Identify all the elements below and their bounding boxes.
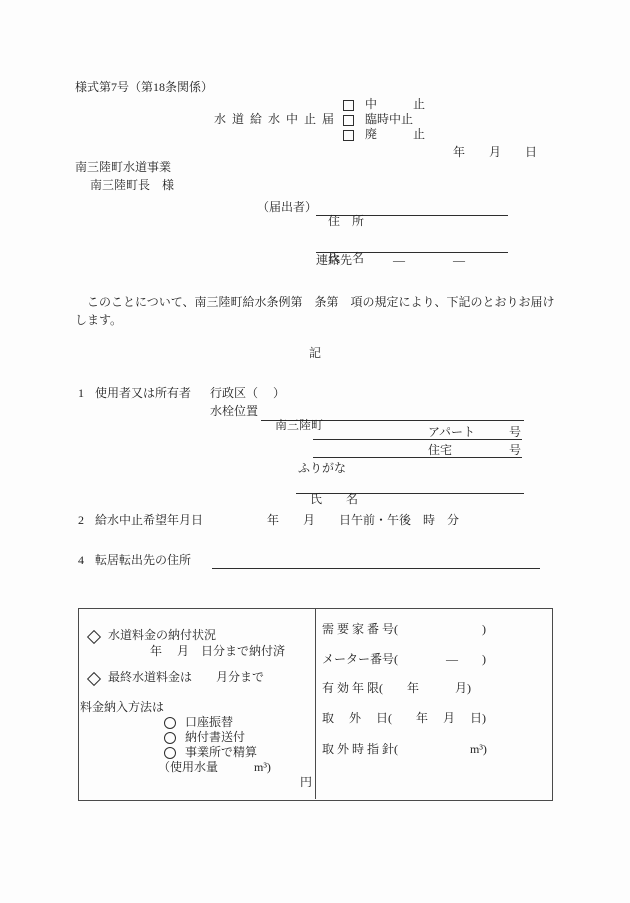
option-temporary-label: 臨時中止 xyxy=(365,112,413,127)
meter-number-row[interactable]: メーター番号( ― ) xyxy=(322,652,486,667)
notation-ki: 記 xyxy=(0,346,630,361)
page: 様式第7号（第18条関係） 中 止 水道給水中止届 臨時中止 廃 止 年 月 日… xyxy=(0,0,630,903)
item2-label: 給水中止希望年月日 xyxy=(95,513,203,528)
option-suspend-label: 中 止 xyxy=(365,97,425,112)
customer-number-row[interactable]: 需 要 家 番 号( ) xyxy=(322,622,486,637)
apartment-line-field[interactable]: アパート 号 xyxy=(313,424,522,440)
checkbox-abolish-icon[interactable] xyxy=(343,130,354,141)
body-line-2: します。 xyxy=(75,313,122,328)
district-field[interactable]: 行政区（ ） xyxy=(210,386,285,401)
apartment-unit-label: 号 xyxy=(509,425,521,440)
yen-label: 円 xyxy=(300,775,312,790)
owner-name-label: 氏 名 xyxy=(310,492,358,506)
payment-method-circle-icon[interactable] xyxy=(164,717,176,729)
contact-label: 連絡先 xyxy=(316,253,352,268)
checkbox-temporary-icon[interactable] xyxy=(343,115,354,126)
removal-reading-row[interactable]: 取 外 時 指 針( m³) xyxy=(322,742,487,757)
removal-date-row[interactable]: 取 外 日( 年 月 日) xyxy=(322,711,486,726)
payment-method-option-label: 納付書送付 xyxy=(185,730,245,745)
declarant-heading: （届出者） xyxy=(257,200,317,215)
payment-method-circle-icon[interactable] xyxy=(164,732,176,744)
item4-label: 転居転出先の住所 xyxy=(95,553,191,568)
date-line: 年 月 日 xyxy=(453,145,537,160)
item2-value[interactable]: 年 月 日午前・午後 時 分 xyxy=(267,513,459,528)
housing-line-field[interactable]: 住宅 号 xyxy=(313,442,522,458)
addressee: 南三陸町長 様 xyxy=(90,178,174,193)
relocation-address-field[interactable] xyxy=(212,552,540,569)
body-line-1: このことについて、南三陸町給水条例第 条第 項の規定により、下記のとおりお届け xyxy=(75,295,555,310)
office-box-divider xyxy=(315,608,316,799)
item1-label: 使用者又は所有者 xyxy=(95,386,191,401)
name-field[interactable]: 氏 名 xyxy=(316,236,508,253)
item4-number: 4 xyxy=(78,553,84,568)
contact-dash-2: ― xyxy=(453,253,465,268)
housing-unit-label: 号 xyxy=(509,443,521,458)
usage-volume-label: （使用水量 m³) xyxy=(158,760,271,775)
payment-method-option-label: 口座振替 xyxy=(185,715,233,730)
payment-status-label: 水道料金の納付状況 xyxy=(108,628,216,643)
owner-name-field[interactable]: 氏 名 xyxy=(296,477,524,494)
address-field[interactable]: 住 所 xyxy=(316,199,508,216)
address-label: 住 所 xyxy=(328,214,364,228)
contact-dash-1: ― xyxy=(393,253,405,268)
checkbox-suspend-icon[interactable] xyxy=(343,100,354,111)
payment-method-heading: 料金納入方法は xyxy=(80,700,164,715)
option-abolish-label: 廃 止 xyxy=(365,127,425,142)
payment-status-value: 年 月 日分まで納付済 xyxy=(150,644,285,659)
payment-method-circle-icon[interactable] xyxy=(164,747,176,759)
tap-location-label: 水栓位置 xyxy=(210,404,258,419)
payment-method-option-label: 事業所で精算 xyxy=(185,745,257,760)
housing-label: 住宅 xyxy=(428,443,452,458)
form-number: 様式第7号（第18条関係） xyxy=(75,80,213,95)
tap-location-field[interactable]: 南三陸町 xyxy=(261,403,524,421)
final-bill-label: 最終水道料金は 月分まで xyxy=(108,670,264,685)
utility-name: 南三陸町水道事業 xyxy=(75,160,171,175)
item2-number: 2 xyxy=(78,513,84,528)
apartment-label: アパート xyxy=(428,425,475,440)
furigana-label: ふりがな xyxy=(298,461,346,476)
form-title: 水道給水中止届 xyxy=(214,112,340,127)
validity-period-row[interactable]: 有 効 年 限( 年 月) xyxy=(322,681,471,696)
item1-number: 1 xyxy=(78,386,84,401)
